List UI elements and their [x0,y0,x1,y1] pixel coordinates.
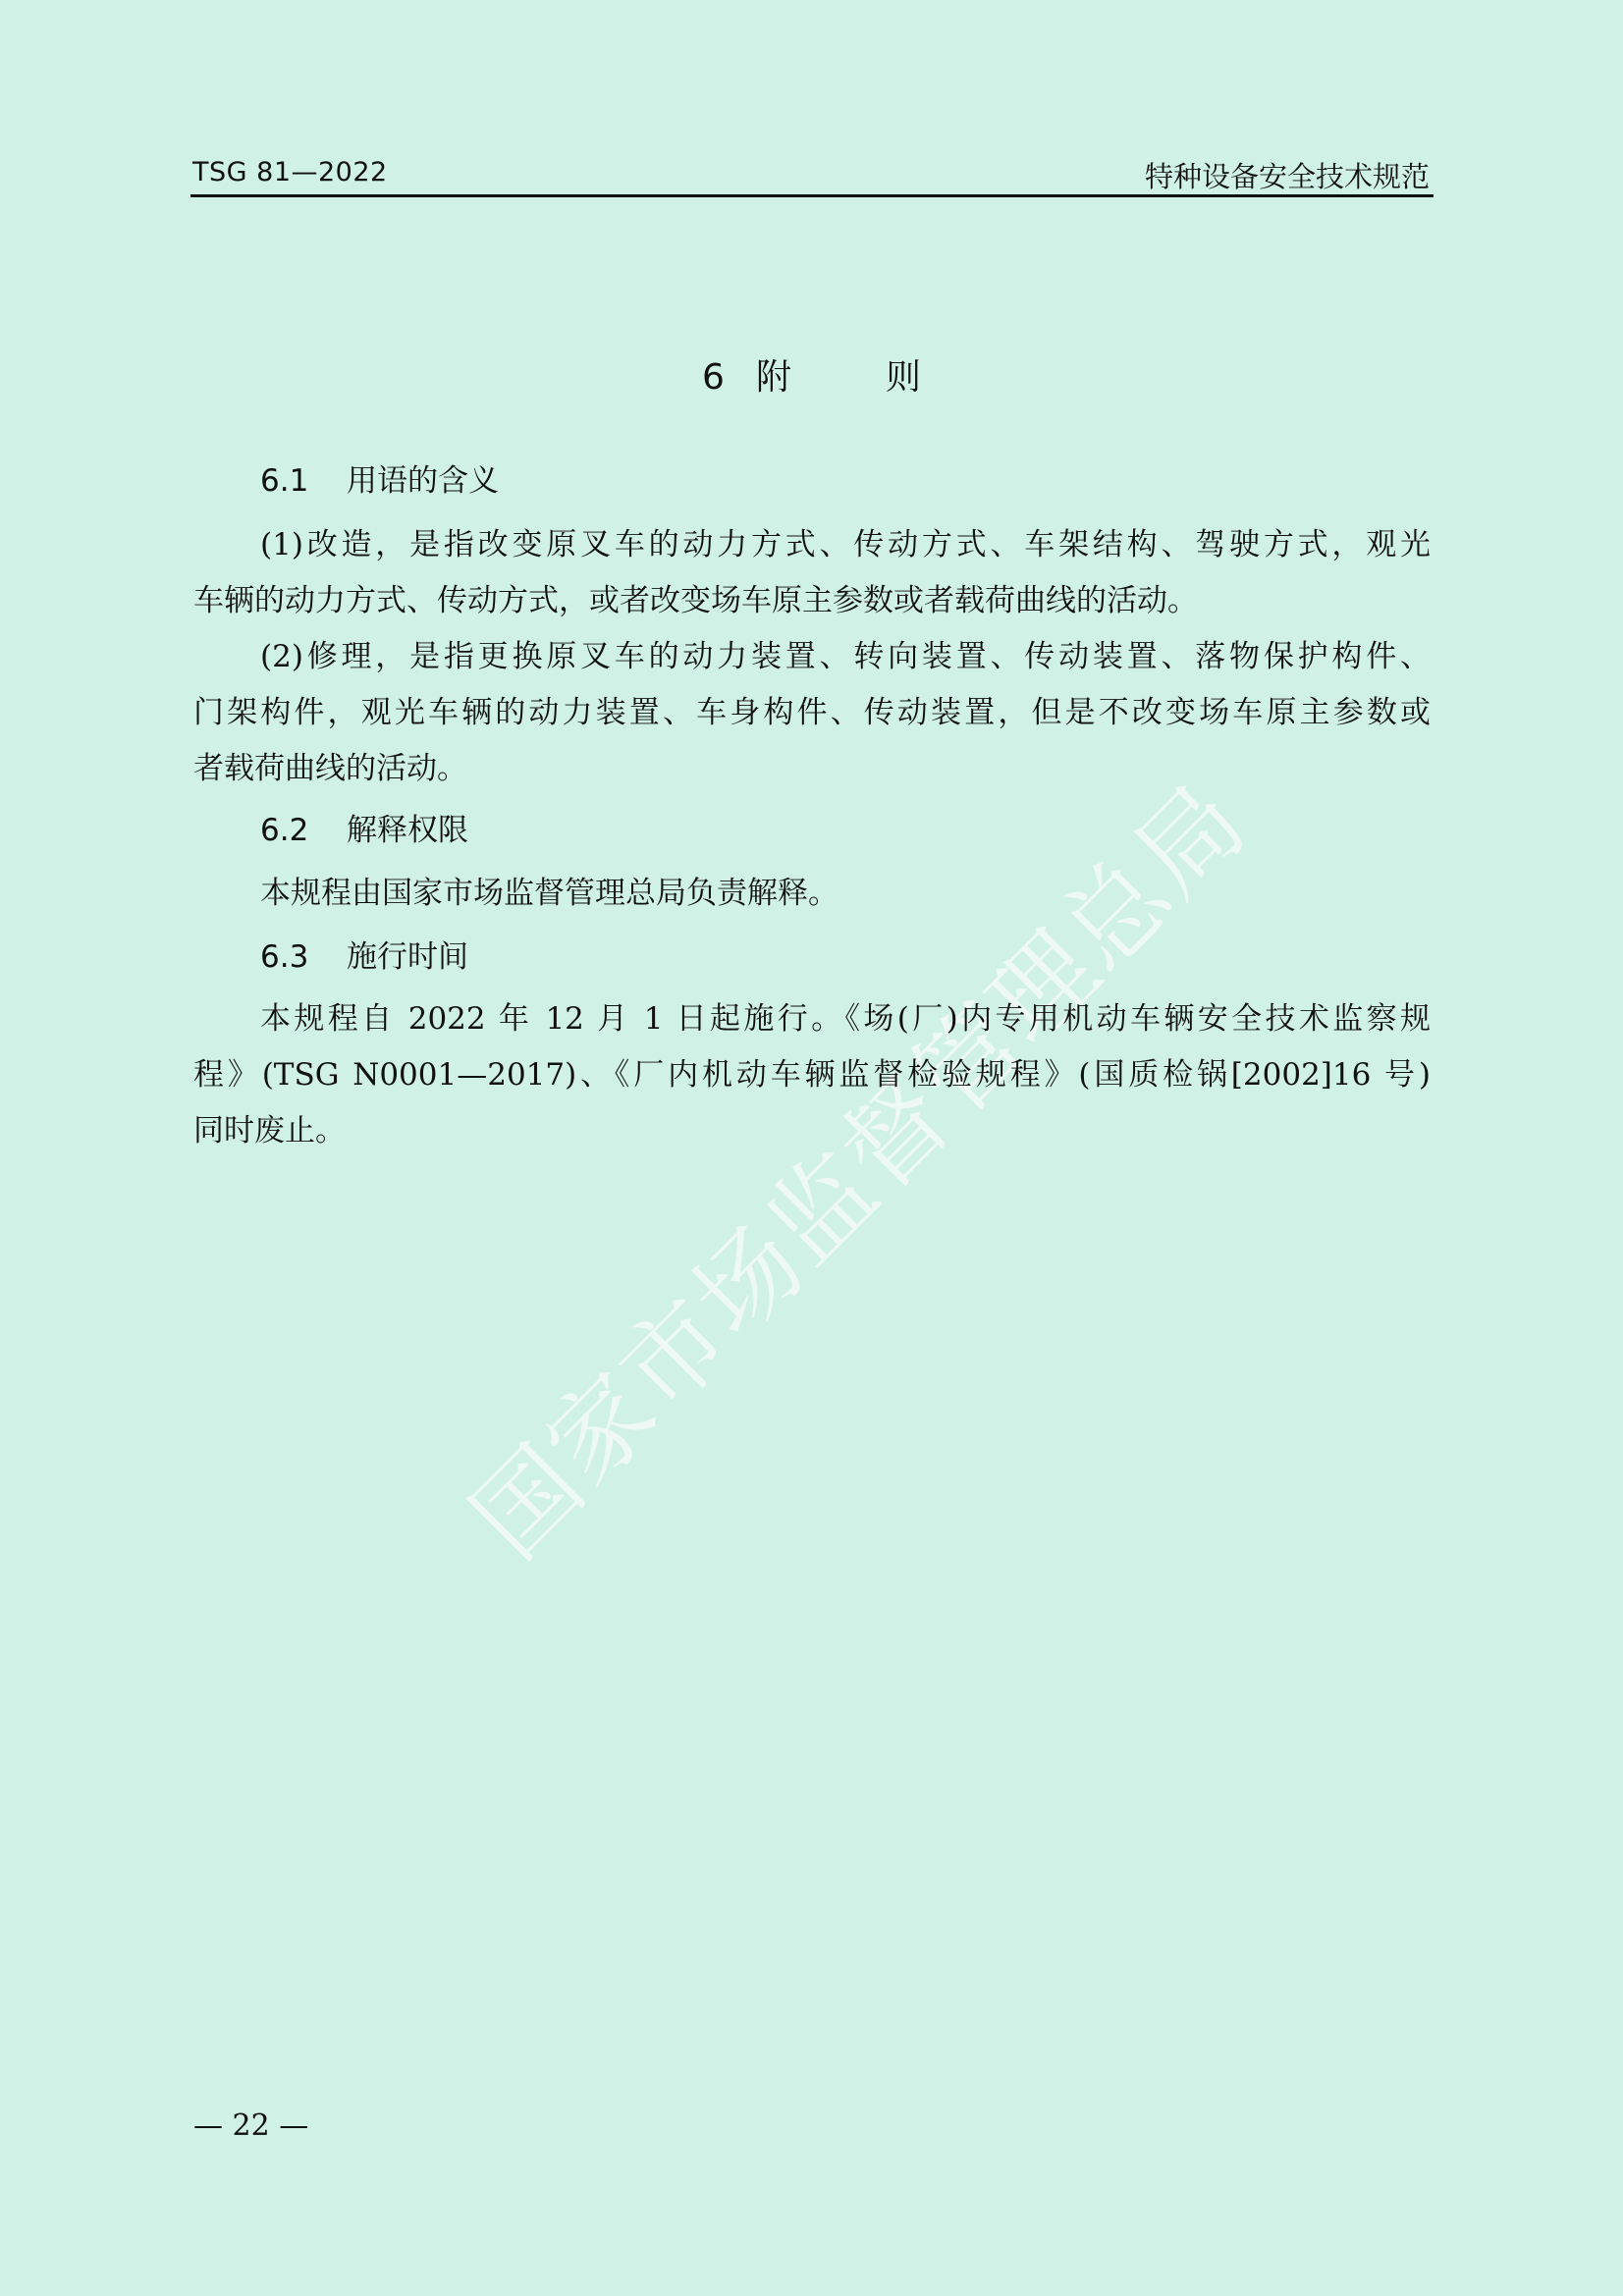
chapter-title-char-2: 则 [886,357,921,398]
page-header: TSG 81—2022 特种设备安全技术规范 [190,155,1434,197]
paragraph-line: 本规程自 2022 年 12 月 1 日起施行。《场(厂)内专用机动车辆安全技术… [260,999,1431,1039]
section-title: 解释权限 [347,813,468,848]
section-title: 用语的含义 [347,463,499,499]
section-title: 施行时间 [347,939,468,975]
section-heading-6-3: 6.3施行时间 [260,937,468,977]
section-number: 6.2 [260,811,347,850]
section-number: 6.1 [260,461,347,501]
paragraph-line: 者载荷曲线的活动。 [193,749,1431,788]
paragraph-line: (1)改造，是指改变原叉车的动力方式、传动方式、车架结构、驾驶方式，观光 [260,525,1431,564]
section-heading-6-2: 6.2解释权限 [260,811,468,850]
paragraph-line: 门架构件，观光车辆的动力装置、车身构件、传动装置，但是不改变场车原主参数或 [193,693,1431,732]
paragraph-line: 程》(TSG N0001—2017)、《厂内机动车辆监督检验规程》(国质检锅[2… [193,1055,1431,1095]
section-number: 6.3 [260,937,347,977]
page-number: — 22 — [193,2109,308,2143]
chapter-number: 6 [702,357,725,398]
section-heading-6-1: 6.1用语的含义 [260,461,499,501]
chapter-title: 6附则 [0,349,1623,400]
series-title: 特种设备安全技术规范 [1145,155,1430,195]
paragraph-line: 同时废止。 [193,1111,1431,1150]
paragraph-line: 车辆的动力方式、传动方式，或者改变场车原主参数或者载荷曲线的活动。 [193,581,1431,620]
paragraph-line: (2)修理，是指更换原叉车的动力装置、转向装置、传动装置、落物保护构件、 [260,637,1431,676]
watermark: 国家市场监督管理总局 [433,821,1197,1584]
paragraph-line: 本规程由国家市场监督管理总局负责解释。 [260,874,1431,913]
standard-code: TSG 81—2022 [192,157,388,187]
chapter-title-char-1: 附 [756,349,791,400]
